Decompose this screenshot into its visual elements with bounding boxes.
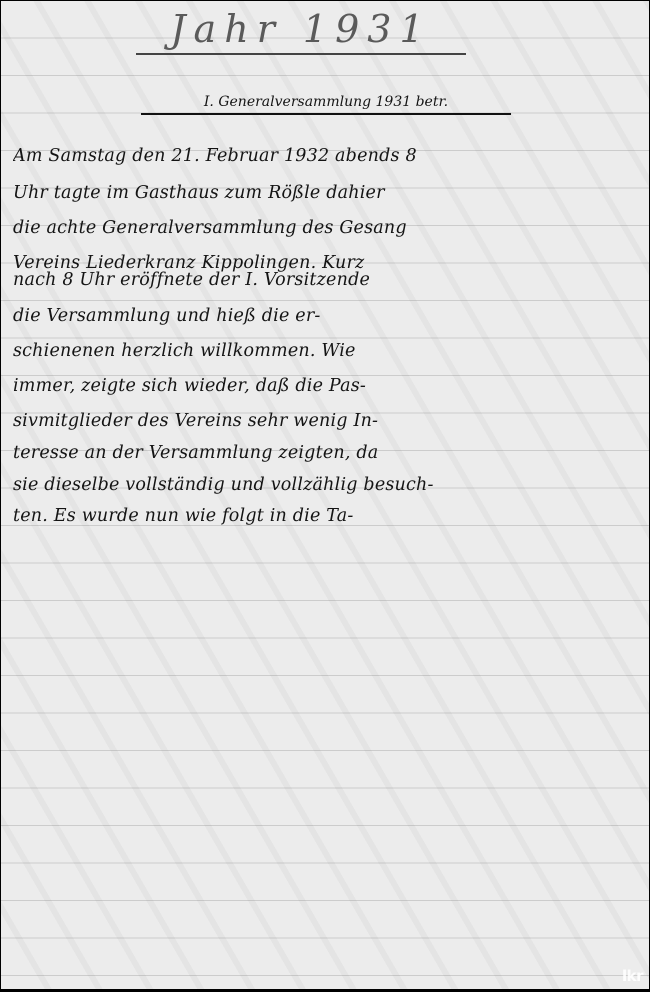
text-line: Uhr tagte im Gasthaus zum Rößle dahier [13,178,643,208]
section-subtitle: I. Generalversammlung 1931 betr. [141,94,511,115]
page-title: Jahr 1931 [136,7,466,55]
text-line: ten. Es wurde nun wie folgt in die Ta- [13,501,643,531]
text-line: Am Samstag den 21. Februar 1932 abends 8 [13,141,643,171]
document-page: Jahr 1931 I. Generalversammlung 1931 bet… [1,1,649,989]
watermark-logo: lkr [622,967,643,985]
text-line: die achte Generalversammlung des Gesang [13,213,643,243]
text-line: sivmitglieder des Vereins sehr wenig In- [13,406,643,436]
text-line: immer, zeigte sich wieder, daß die Pas- [13,371,643,401]
text-line: die Versammlung und hieß die er- [13,301,643,331]
text-line: nach 8 Uhr eröffnete der I. Vorsitzende [13,265,643,295]
text-line: sie dieselbe vollständig und vollzählig … [13,470,643,500]
text-line: schienenen herzlich willkommen. Wie [13,336,643,366]
text-line: teresse an der Versammlung zeigten, da [13,438,643,468]
